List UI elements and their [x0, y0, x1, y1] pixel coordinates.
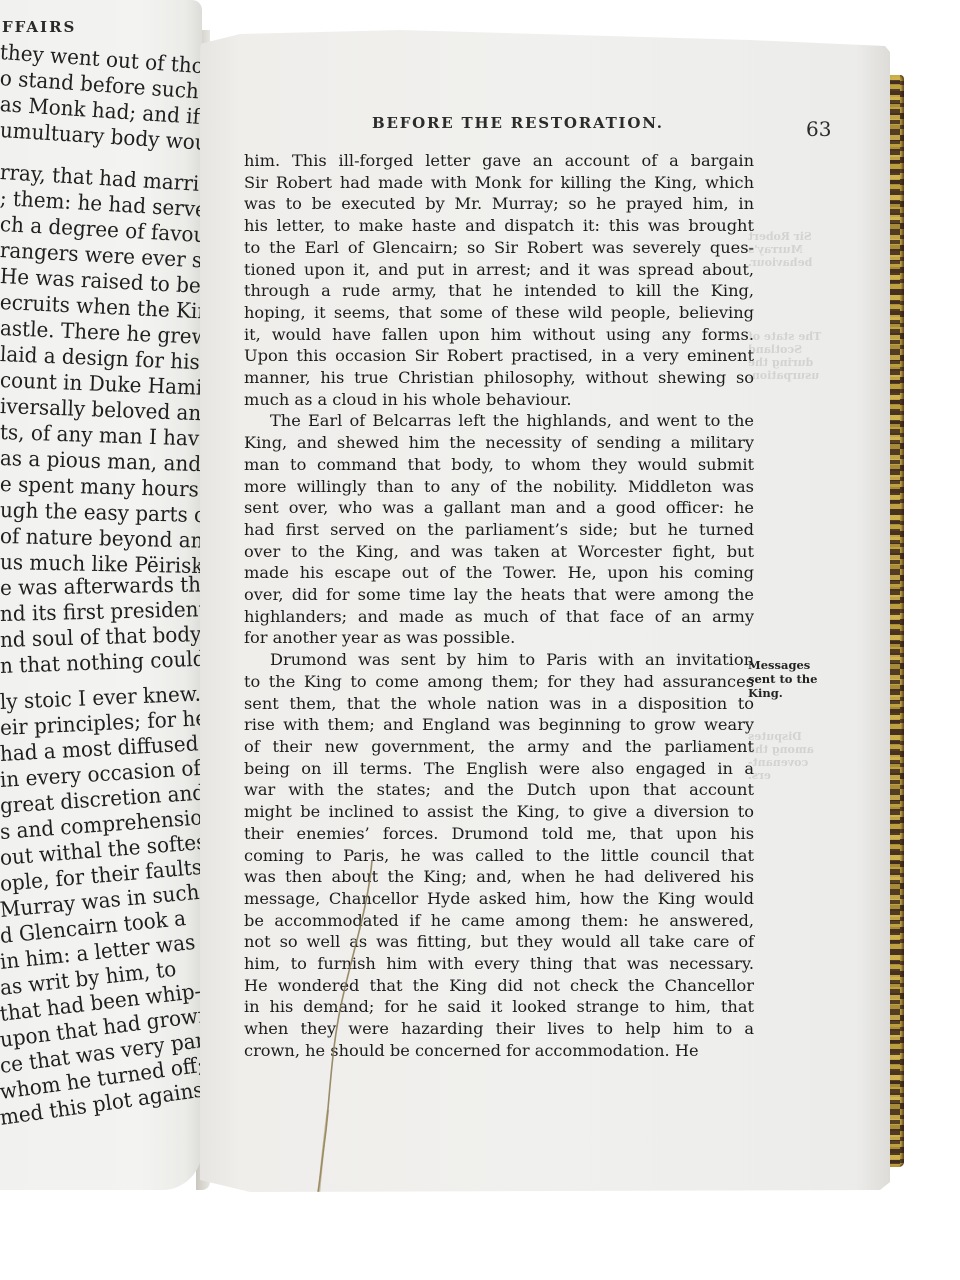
text-line: war with the states; and the Dutch upon … [244, 779, 754, 801]
text-line: made his escape out of the Tower. He, up… [244, 562, 754, 584]
text-line: over to the King, and was taken at Worce… [244, 541, 754, 563]
show-through-note: Sir RobertMurray'sbehaviour. [748, 230, 838, 269]
text-line: his letter, to make haste and dispatch i… [244, 215, 754, 237]
text-line: The Earl of Belcarras left the highlands… [244, 410, 754, 432]
text-line: it, would have fallen upon him without u… [244, 324, 754, 346]
show-through-line: usurpation. [748, 369, 838, 382]
text-line: manner, his true Christian philosophy, w… [244, 367, 754, 389]
left-text-line: as a pious man, and, [0, 446, 202, 476]
text-line: He wondered that the King did not check … [244, 975, 754, 997]
margin-note-line: sent to the [748, 672, 828, 686]
text-line: not so well as was fitting, but they wou… [244, 931, 754, 953]
right-page: BEFORE THE RESTORATION. 63 him. This ill… [200, 30, 890, 1200]
text-line: him, to furnish him with every thing tha… [244, 953, 754, 975]
text-line: crown, he should be concerned for accomm… [244, 1040, 754, 1062]
left-facing-page: FFAIRS they went out of thoseo stand bef… [0, 0, 202, 1190]
text-line: be accommodated if he came among them: h… [244, 910, 754, 932]
text-line: for another year as was possible. [244, 627, 754, 649]
left-text-line: e was afterwards the [0, 572, 202, 600]
show-through-line: The state of [748, 330, 838, 343]
text-line: was to be executed by Mr. Murray; so he … [244, 193, 754, 215]
margin-note-line: Messages [748, 658, 828, 672]
show-through-line: during the [748, 356, 838, 369]
text-line: had first served on the parliament’s sid… [244, 519, 754, 541]
text-line: tioned upon it, and put in arrest; and i… [244, 259, 754, 281]
body-text: him. This ill-forged letter gave an acco… [244, 150, 754, 1062]
paragraph: The Earl of Belcarras left the highlands… [244, 410, 754, 649]
show-through-line: Disputes [748, 730, 838, 743]
show-through-line: behaviour. [748, 256, 838, 269]
paragraph: Drumond was sent by him to Paris with an… [244, 649, 754, 1061]
text-line: might be inclined to assist the King, to… [244, 801, 754, 823]
running-header: BEFORE THE RESTORATION. [372, 114, 664, 132]
text-line: being on ill terms. The English were als… [244, 758, 754, 780]
text-line: highlanders; and made as much of that fa… [244, 606, 754, 628]
text-line: sent over, who was a gallant man and a g… [244, 497, 754, 519]
text-line: Upon this occasion Sir Robert practised,… [244, 345, 754, 367]
text-line: sent them, that the whole nation was in … [244, 693, 754, 715]
text-line: man to command that body, to whom they w… [244, 454, 754, 476]
show-through-note: The state ofScotlandduring theusurpation… [748, 330, 838, 382]
text-line: their enemies’ forces. Drumond told me, … [244, 823, 754, 845]
text-line: to the Earl of Glencairn; so Sir Robert … [244, 237, 754, 259]
text-line: King, and shewed him the necessity of se… [244, 432, 754, 454]
show-through-line: Scotland [748, 343, 838, 356]
text-line: Sir Robert had made with Monk for killin… [244, 172, 754, 194]
left-running-header: FFAIRS [2, 18, 76, 36]
text-line: over, did for some time lay the heats th… [244, 584, 754, 606]
show-through-note: Disputesamong thecovenant-ers. [748, 730, 838, 782]
text-line: to the King to come among them; for they… [244, 671, 754, 693]
show-through-line: Sir Robert [748, 230, 838, 243]
margin-note: Messagessent to theKing. [748, 658, 828, 700]
text-line: Drumond was sent by him to Paris with an… [244, 649, 754, 671]
text-line: hoping, it seems, that some of these wil… [244, 302, 754, 324]
text-line: in his demand; for he said it looked str… [244, 996, 754, 1018]
text-line: rise with them; and England was beginnin… [244, 714, 754, 736]
text-line: when they were hazarding their lives to … [244, 1018, 754, 1040]
show-through-line: Murray's [748, 243, 838, 256]
left-text-line: e spent many hours a [0, 472, 202, 502]
text-line: of their new government, the army and th… [244, 736, 754, 758]
text-line: much as a cloud in his whole behaviour. [244, 389, 754, 411]
show-through-line: covenant- [748, 756, 838, 769]
text-line: was then about the King; and, when he ha… [244, 866, 754, 888]
left-text-line: nd its first president; [0, 597, 202, 626]
text-line: through a rude army, that he intended to… [244, 280, 754, 302]
left-text-line: n that nothing could [0, 647, 202, 678]
text-line: him. This ill-forged letter gave an acco… [244, 150, 754, 172]
text-line: message, Chancellor Hyde asked him, how … [244, 888, 754, 910]
text-line: coming to Paris, he was called to the li… [244, 845, 754, 867]
page-number: 63 [806, 117, 831, 141]
paragraph: him. This ill-forged letter gave an acco… [244, 150, 754, 410]
show-through-line: ers. [748, 769, 838, 782]
left-text-line: ugh the easy parts of [0, 498, 202, 527]
left-text-line: of nature beyond any [0, 524, 202, 553]
show-through-line: among the [748, 743, 838, 756]
text-line: more willingly than to any of the nobili… [244, 476, 754, 498]
margin-note-line: King. [748, 686, 828, 700]
gilt-tooling [890, 75, 900, 1167]
